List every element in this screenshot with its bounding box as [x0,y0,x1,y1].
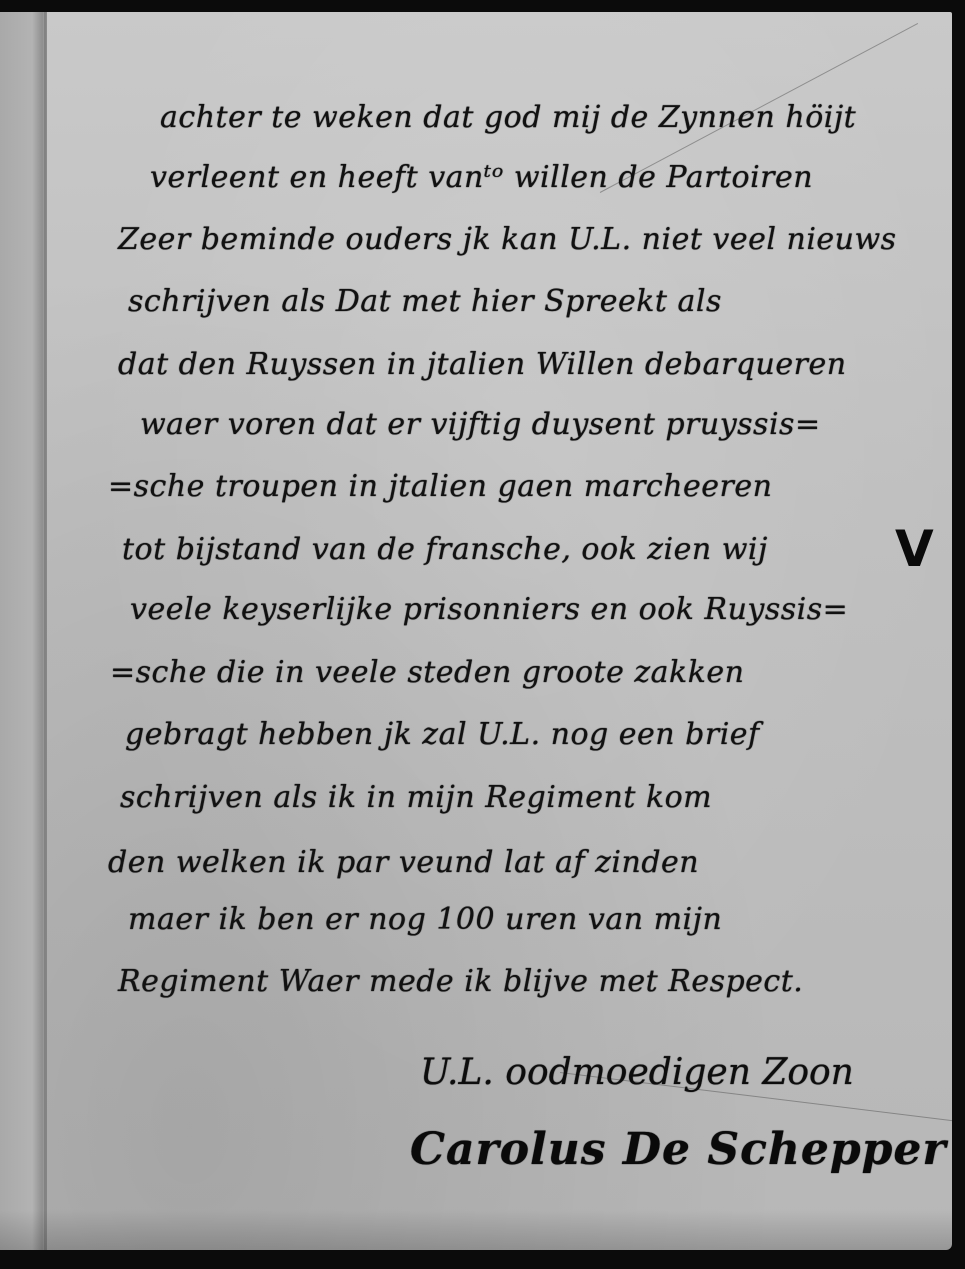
letter-line: Regiment Waer mede ik blijve met Respect… [118,964,803,999]
letter-line: schrijven als ik in mijn Regiment kom [120,780,712,815]
letter-page: achter te weken dat god mij de Zynnen hö… [0,12,952,1250]
letter-line: veele keyserlijke prisonniers en ook Ruy… [130,592,848,627]
closing-line: U.L. oodmoedigen Zoon [420,1052,854,1093]
letter-line: Zeer beminde ouders jk kan U.L. niet vee… [118,222,897,257]
letter-line: den welken ik par veund lat af zinden [108,845,699,880]
letter-line: verleent en heeft vanᵗᵒ willen de Partoi… [150,160,813,195]
letter-line: waer voren dat er vijftig duysent pruyss… [140,407,821,442]
margin-check-mark: V [895,524,934,574]
signature: Carolus De Schepper [410,1124,947,1175]
letter-line: schrijven als Dat met hier Spreekt als [128,284,722,319]
letter-line: gebragt hebben jk zal U.L. nog een brief [125,717,760,752]
scan-edge [952,0,965,1269]
letter-body: achter te weken dat god mij de Zynnen hö… [0,12,952,1250]
letter-line: maer ik ben er nog 100 uren van mijn [128,902,722,937]
letter-line: =sche die in veele steden groote zakken [110,655,745,690]
letter-line: achter te weken dat god mij de Zynnen hö… [160,100,856,135]
letter-line: =sche troupen in jtalien gaen marcheeren [108,469,772,504]
scan-frame: achter te weken dat god mij de Zynnen hö… [0,0,965,1269]
letter-line: tot bijstand van de fransche, ook zien w… [122,532,768,567]
letter-line: dat den Ruyssen in jtalien Willen debarq… [118,347,847,382]
